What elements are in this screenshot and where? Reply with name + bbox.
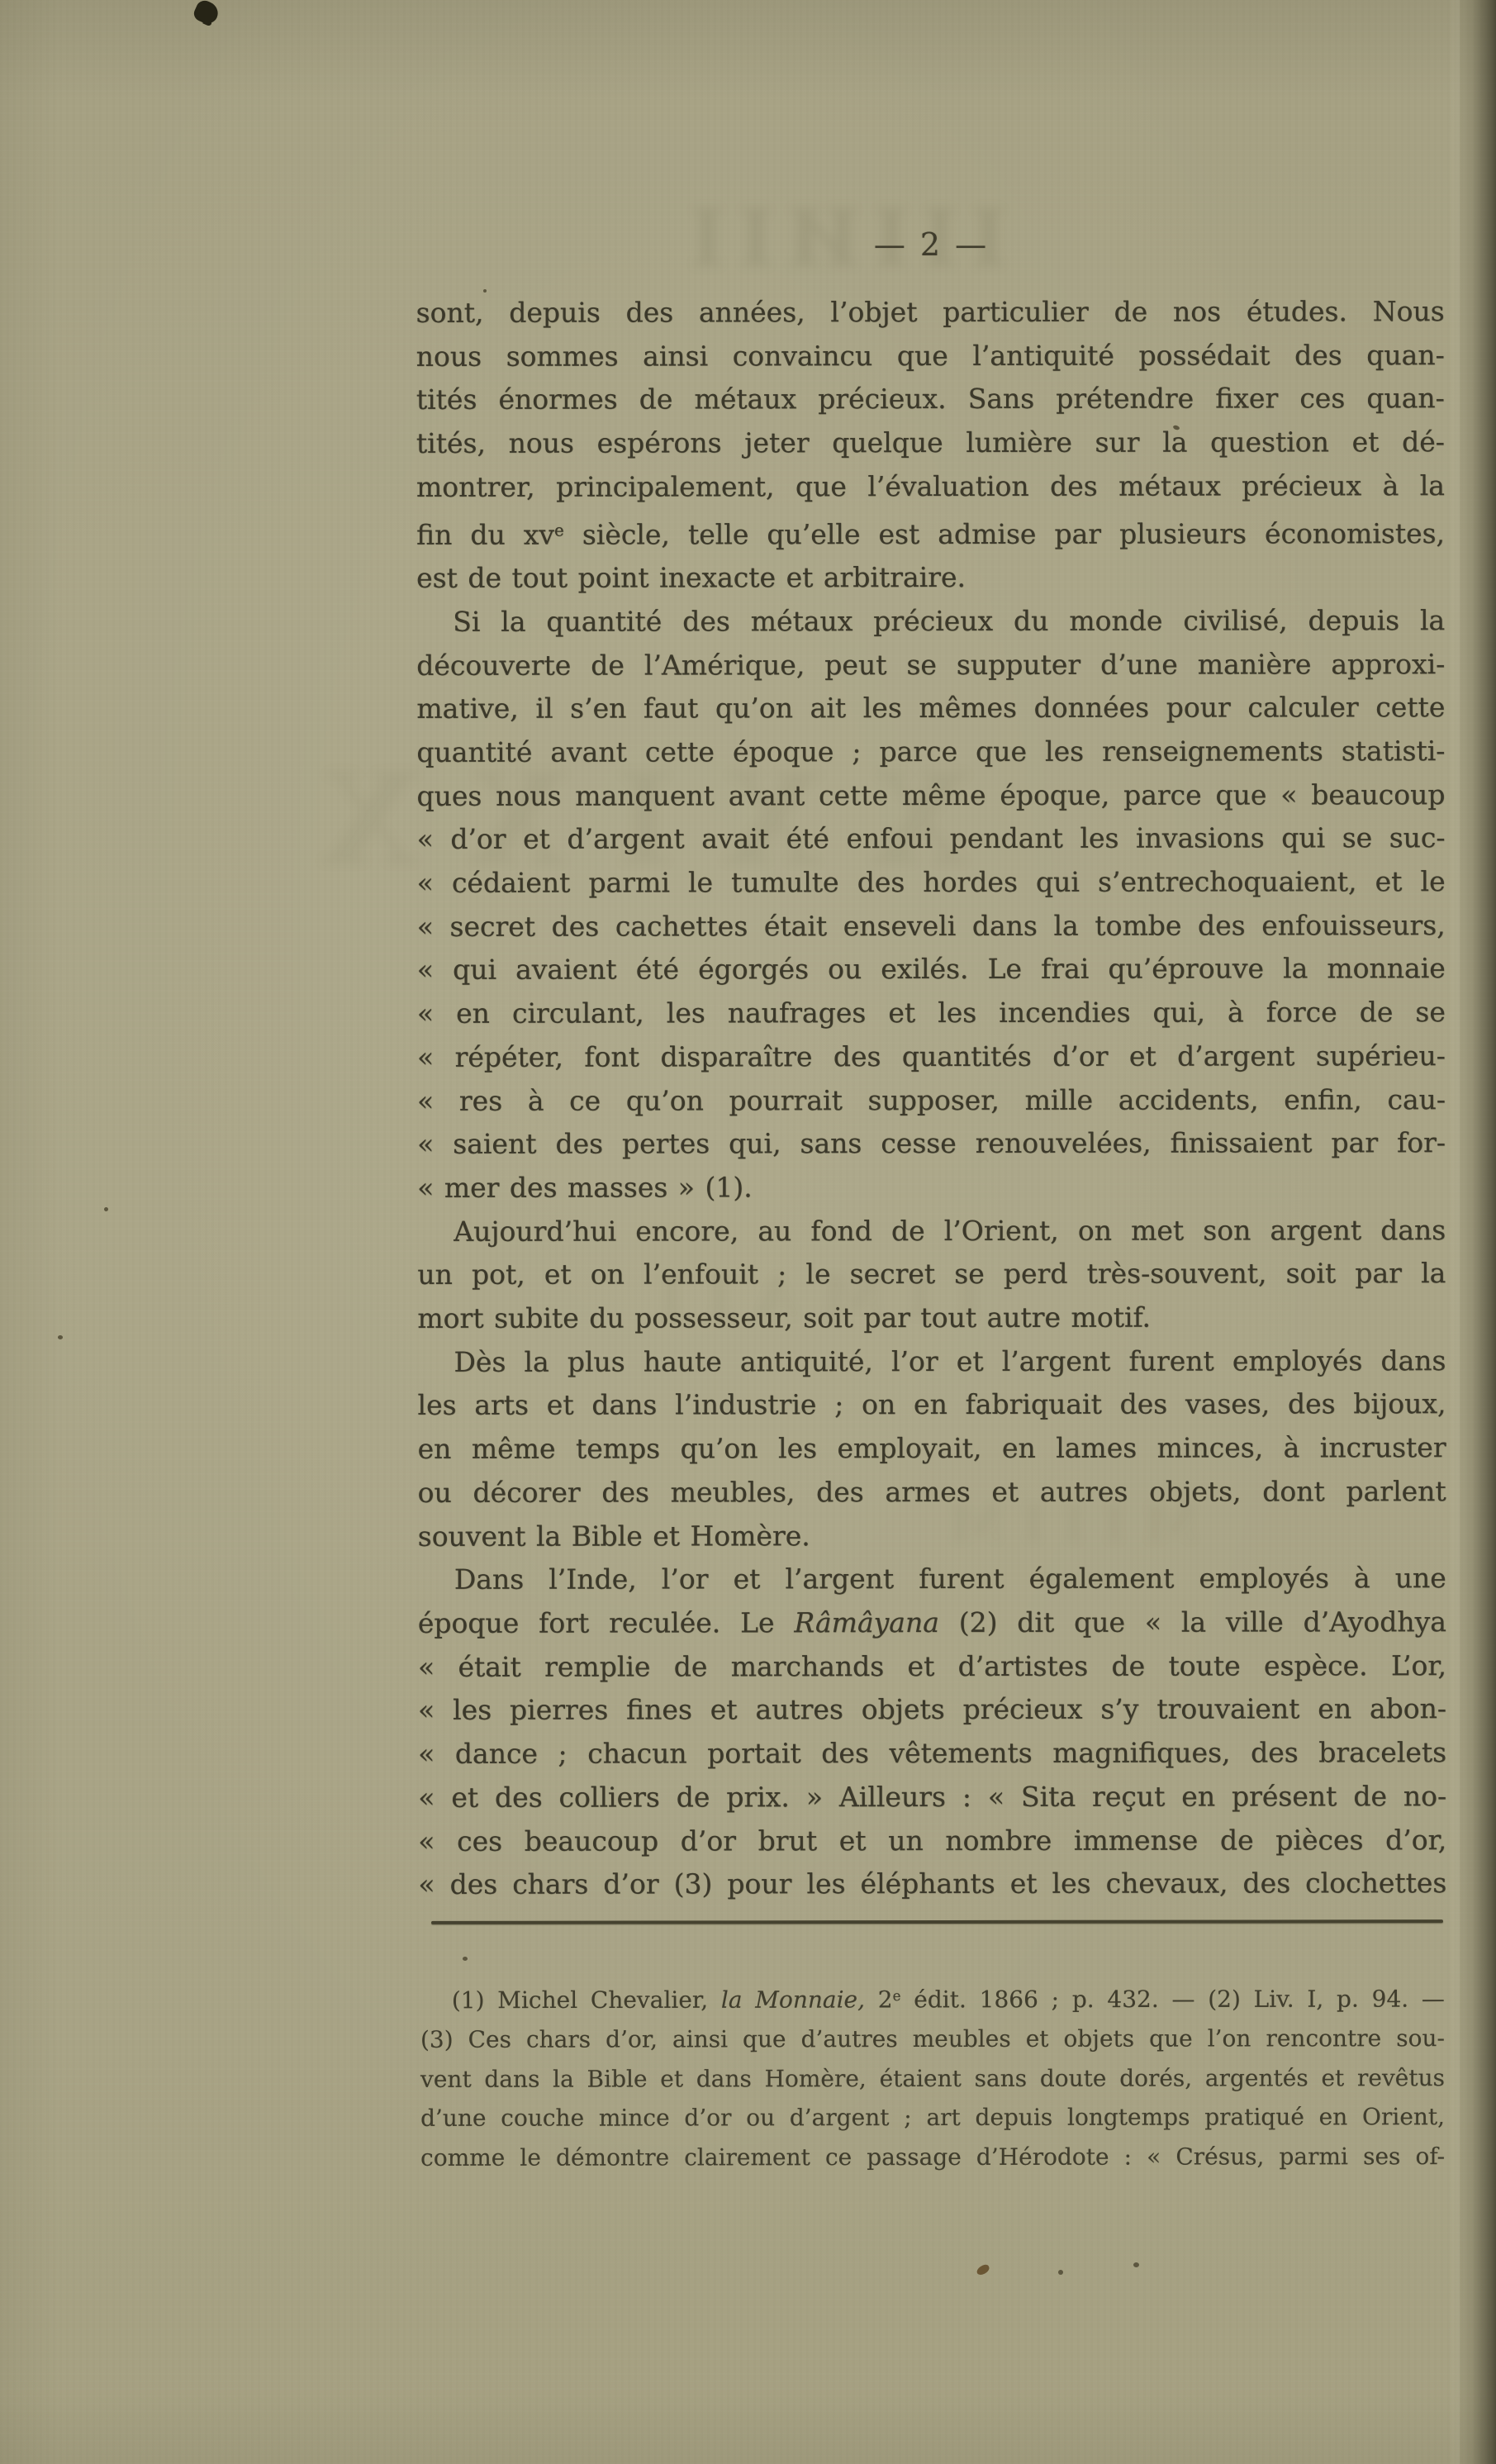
line-segment: fin du xv xyxy=(416,518,554,550)
body-line: sont, depuis des années, l’objet particu… xyxy=(416,290,1445,335)
body-line: souvent la Bible et Homère. xyxy=(418,1514,1446,1558)
body-line: « dance ; chacun portait des vêtements m… xyxy=(418,1731,1446,1776)
footnote-line: vent dans la Bible et dans Homère, étaie… xyxy=(420,2058,1445,2099)
paper-speck xyxy=(463,1957,468,1961)
superscript: e xyxy=(554,521,564,540)
italic-word: Râmâyana xyxy=(794,1606,939,1639)
scanned-book-page: IIIИII XXIXX IIMAII MIIIM — 2 — sont, de… xyxy=(0,0,1496,2464)
body-line: un pot, et on l’enfouit ; le secret se p… xyxy=(417,1252,1446,1296)
page-edge-shadow xyxy=(1453,0,1496,2464)
body-line: époque fort reculée. Le Râmâyana (2) dit… xyxy=(418,1601,1446,1645)
paper-speck xyxy=(1133,2262,1139,2267)
line-segment: siècle, telle qu’elle est admise par plu… xyxy=(564,517,1445,550)
body-line: Dès la plus haute antiquité, l’or et l’a… xyxy=(417,1339,1446,1384)
footnote-block: (1) Michel Chevalier, la Monnaie, 2e édi… xyxy=(420,1976,1445,2177)
body-text-block: sont, depuis des années, l’objet particu… xyxy=(416,290,1447,1907)
superscript: e xyxy=(893,1987,901,2004)
body-line: « cédaient parmi le tumulte des hordes q… xyxy=(417,860,1446,905)
line-segment: époque fort reculée. Le xyxy=(418,1606,795,1639)
body-line: tités énormes de métaux précieux. Sans p… xyxy=(416,378,1445,422)
body-line: tités, nous espérons jeter quelque lumiè… xyxy=(416,421,1445,465)
footnote-separator-rule xyxy=(431,1919,1443,1924)
footnote-line: comme le démontre clairement ce passage … xyxy=(420,2137,1445,2177)
italic-title: la Monnaie, xyxy=(721,1986,865,2014)
body-line: « mer des masses » (1). xyxy=(417,1165,1446,1210)
body-line: montrer, principalement, que l’évaluatio… xyxy=(416,464,1445,509)
body-line: est de tout point inexacte et arbitraire… xyxy=(416,555,1445,600)
body-line: les arts et dans l’industrie ; on en fab… xyxy=(417,1383,1446,1428)
ink-blot xyxy=(192,0,221,27)
body-line: ques nous manquent avant cette même époq… xyxy=(416,773,1445,818)
body-line: Dans l’Inde, l’or et l’argent furent éga… xyxy=(418,1557,1446,1601)
body-line: découverte de l’Amérique, peut se supput… xyxy=(416,643,1445,687)
body-line: « res à ce qu’on pourrait supposer, mill… xyxy=(417,1078,1446,1123)
paper-speck xyxy=(58,1335,63,1339)
paper-speck xyxy=(1058,2270,1063,2275)
body-line: « était remplie de marchands et d’artist… xyxy=(418,1644,1446,1689)
footnote-line: (3) Ces chars d’or, ainsi que d’autres m… xyxy=(420,2019,1445,2059)
body-line: fin du xve siècle, telle qu’elle est adm… xyxy=(416,508,1445,557)
body-line: « des chars d’or (3) pour les éléphants … xyxy=(418,1862,1446,1906)
body-line: Si la quantité des métaux précieux du mo… xyxy=(416,599,1445,644)
body-line: « qui avaient été égorgés ou exilés. Le … xyxy=(417,948,1446,992)
body-line: quantité avant cette époque ; parce que … xyxy=(416,730,1445,774)
body-line: Aujourd’hui encore, au fond de l’Orient,… xyxy=(417,1209,1446,1253)
line-segment: (2) dit que « la ville d’Ayodhya xyxy=(939,1605,1446,1639)
line-segment: 2 xyxy=(865,1986,893,2013)
page-edge-highlight xyxy=(1448,0,1460,2464)
body-line: « saient des pertes qui, sans cesse reno… xyxy=(417,1121,1446,1166)
body-line: « répéter, font disparaître des quantité… xyxy=(417,1035,1446,1079)
body-line: « et des colliers de prix. » Ailleurs : … xyxy=(418,1775,1446,1819)
body-line: mative, il s’en faut qu’on ait les mêmes… xyxy=(416,686,1445,730)
line-segment: (1) Michel Chevalier, xyxy=(452,1986,721,2014)
page-number: — 2 — xyxy=(417,226,1446,263)
body-line: « ces beaucoup d’or brut et un nombre im… xyxy=(418,1819,1446,1863)
line-segment: édit. 1866 ; p. 432. — (2) Liv. I, p. 94… xyxy=(901,1986,1445,2014)
body-line: nous sommes ainsi convaincu que l’antiqu… xyxy=(416,334,1445,378)
body-line: « les pierres fines et autres objets pré… xyxy=(418,1688,1446,1733)
footnote-line: d’une couche mince d’or ou d’argent ; ar… xyxy=(420,2097,1445,2138)
body-line: « d’or et d’argent avait été enfoui pend… xyxy=(417,816,1446,861)
paper-speck xyxy=(976,2263,991,2276)
body-line: « en circulant, les naufrages et les inc… xyxy=(417,991,1446,1035)
body-line: mort subite du possesseur, soit par tout… xyxy=(417,1296,1446,1340)
footnote-line: (1) Michel Chevalier, la Monnaie, 2e édi… xyxy=(420,1976,1445,2020)
body-line: ou décorer des meubles, des armes et aut… xyxy=(418,1470,1446,1515)
body-line: « secret des cachettes était enseveli da… xyxy=(417,904,1446,949)
body-line: en même temps qu’on les employait, en la… xyxy=(418,1426,1446,1471)
paper-speck xyxy=(104,1207,108,1211)
